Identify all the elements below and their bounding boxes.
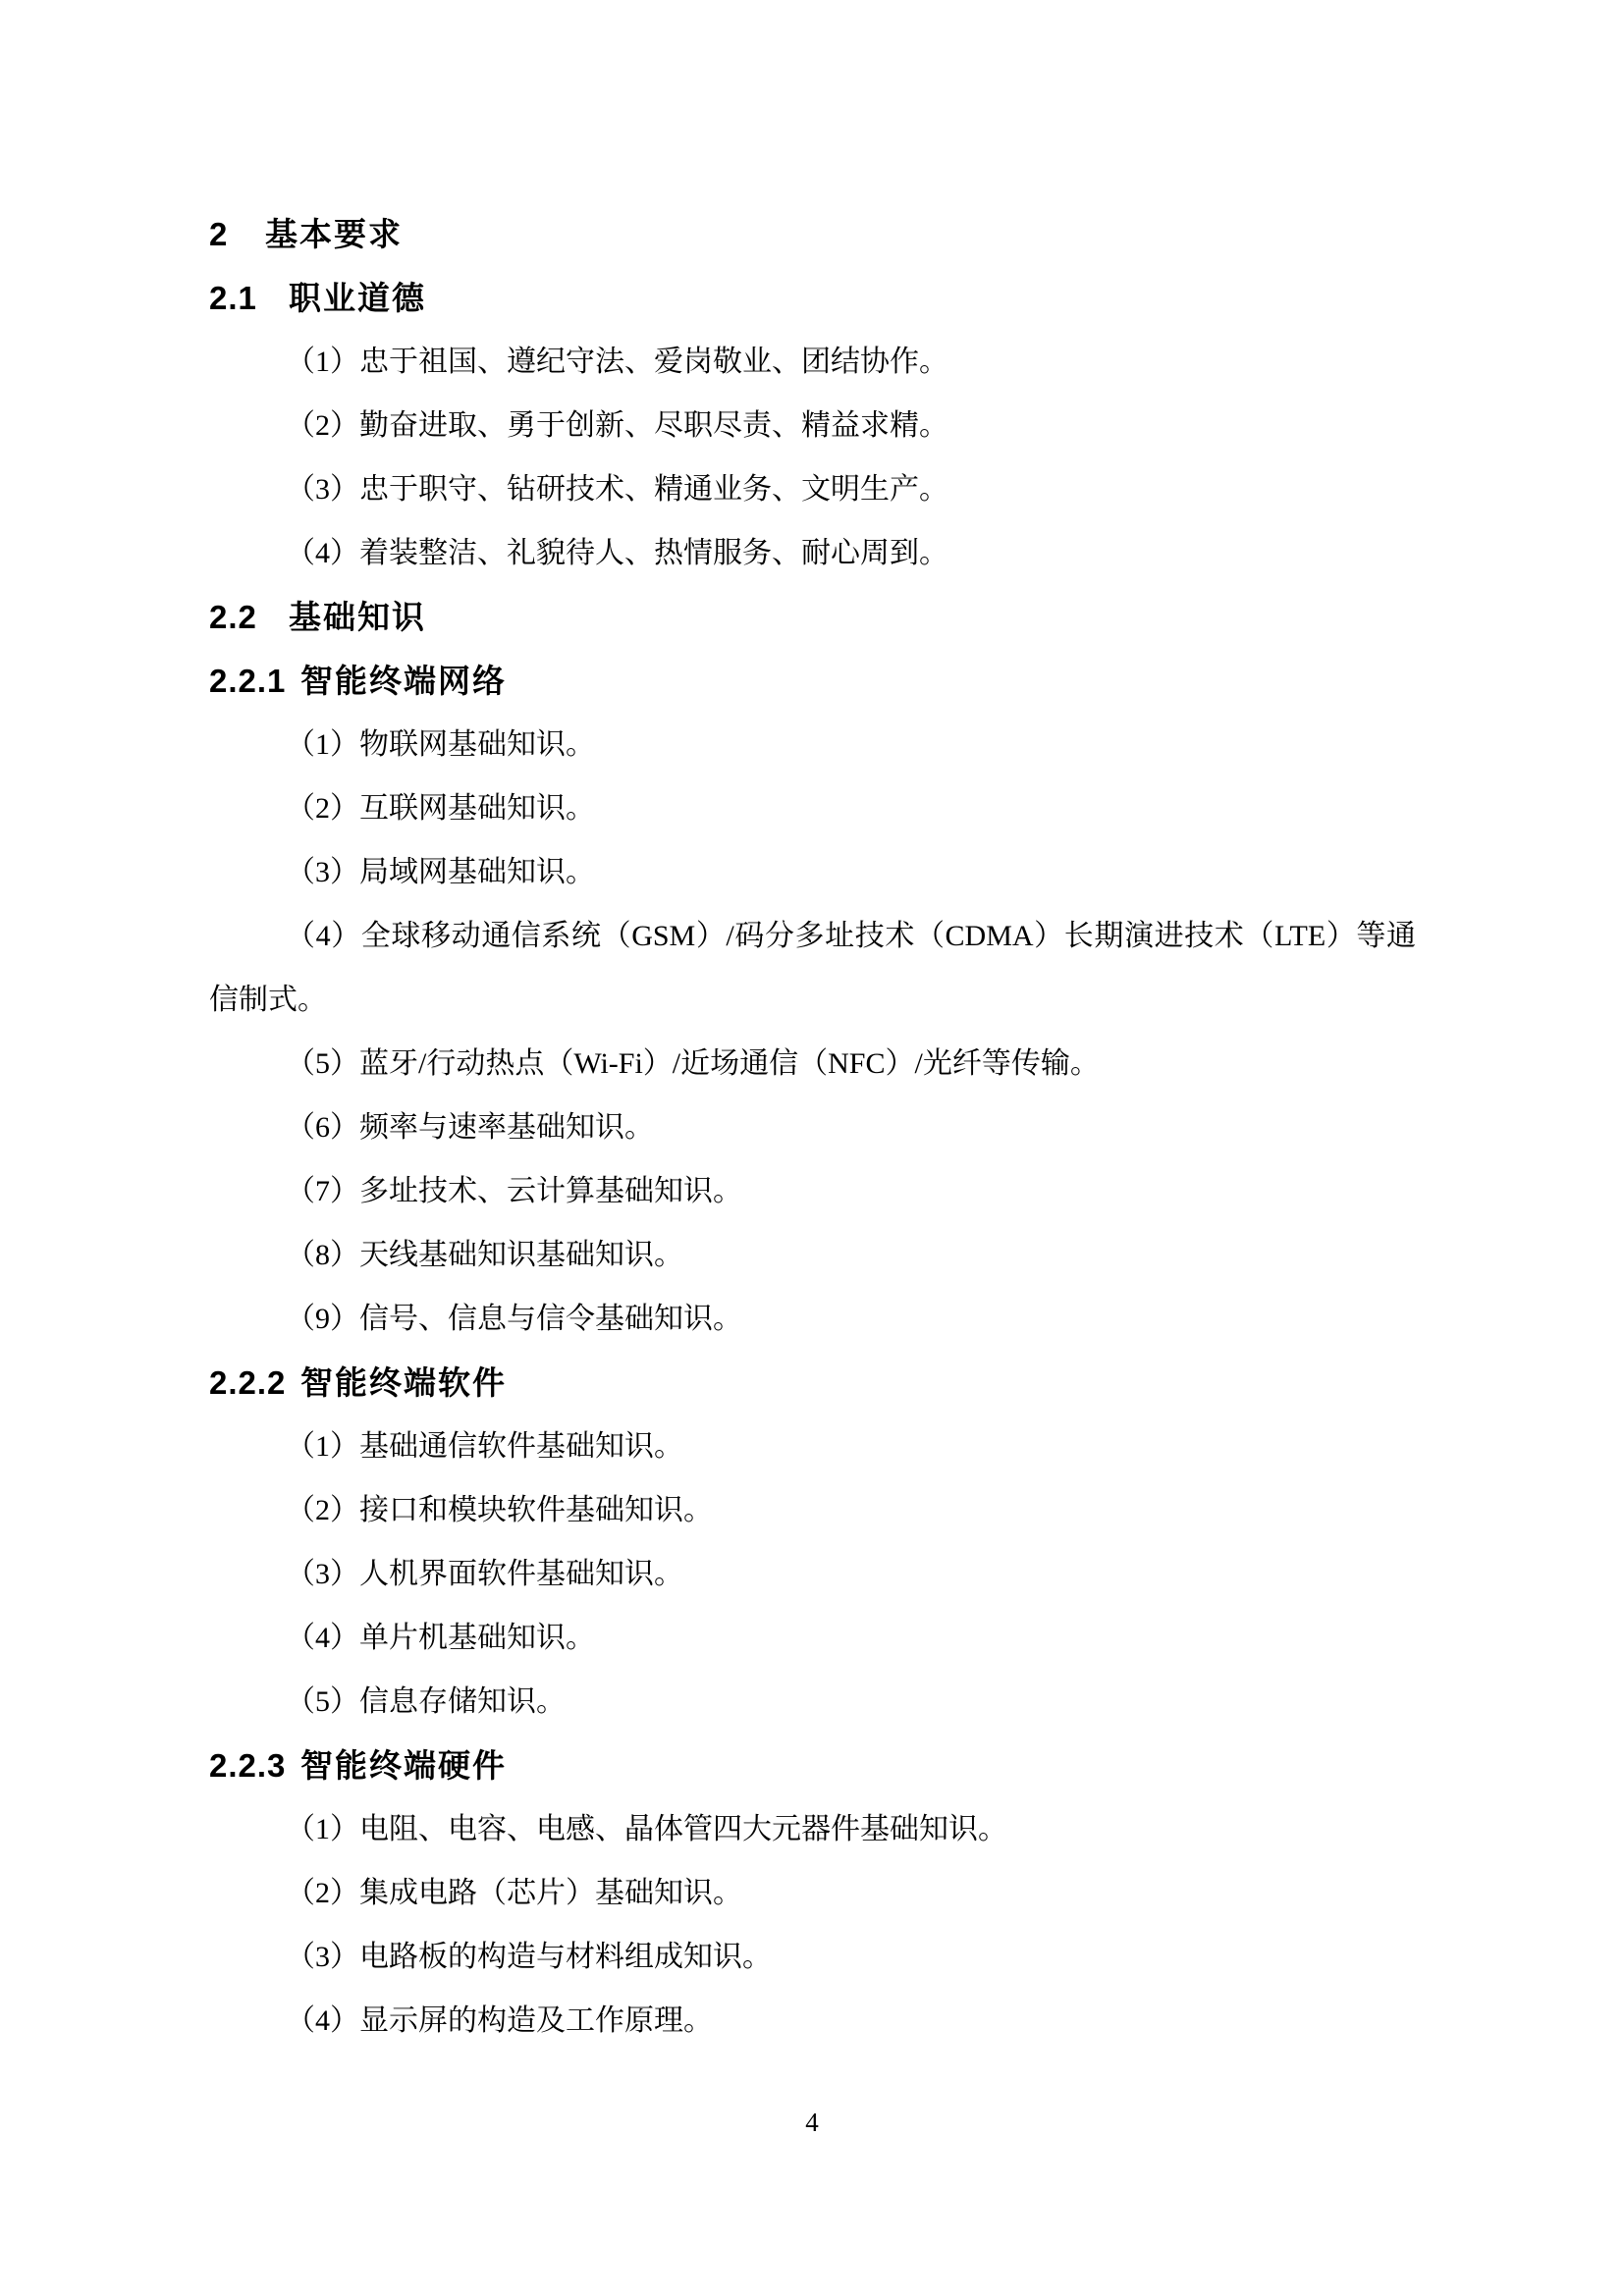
heading-title: 智能终端软件 <box>300 1364 507 1401</box>
heading-basic-knowledge: 2.2基础知识 <box>209 585 1416 649</box>
list-item: （8）天线基础知识基础知识。 <box>209 1223 1416 1287</box>
page-content: 2基本要求 2.1职业道德 （1）忠于祖国、遵纪守法、爱岗敬业、团结协作。 （2… <box>209 202 1416 2053</box>
list-item: （2）勤奋进取、勇于创新、尽职尽责、精益求精。 <box>209 394 1416 457</box>
list-item: （9）信号、信息与信令基础知识。 <box>209 1287 1416 1351</box>
heading-number: 2 <box>209 202 265 266</box>
list-item: （3）局域网基础知识。 <box>209 840 1416 904</box>
list-item: （5）蓝牙/行动热点（Wi-Fi）/近场通信（NFC）/光纤等传输。 <box>209 1032 1416 1095</box>
list-item: （3）人机界面软件基础知识。 <box>209 1542 1416 1606</box>
heading-number: 2.1 <box>209 266 289 330</box>
list-item: （2）集成电路（芯片）基础知识。 <box>209 1861 1416 1925</box>
list-item: （2）互联网基础知识。 <box>209 776 1416 840</box>
heading-smart-terminal-hardware: 2.2.3智能终端硬件 <box>209 1734 1416 1797</box>
list-item: （4）显示屏的构造及工作原理。 <box>209 1989 1416 2053</box>
list-item: （7）多址技术、云计算基础知识。 <box>209 1159 1416 1223</box>
list-item: （1）基础通信软件基础知识。 <box>209 1415 1416 1478</box>
list-item: （4）着装整洁、礼貌待人、热情服务、耐心周到。 <box>209 521 1416 585</box>
heading-number: 2.2.3 <box>209 1734 300 1797</box>
heading-title: 基本要求 <box>265 216 403 252</box>
heading-basic-requirements: 2基本要求 <box>209 202 1416 266</box>
heading-number: 2.2 <box>209 585 289 649</box>
list-item: （1）物联网基础知识。 <box>209 713 1416 776</box>
heading-title: 基础知识 <box>289 599 426 635</box>
heading-smart-terminal-software: 2.2.2智能终端软件 <box>209 1351 1416 1415</box>
heading-number: 2.2.2 <box>209 1351 300 1415</box>
list-item: （3）忠于职守、钻研技术、精通业务、文明生产。 <box>209 457 1416 521</box>
list-item: （2）接口和模块软件基础知识。 <box>209 1478 1416 1542</box>
list-item: （1）忠于祖国、遵纪守法、爱岗敬业、团结协作。 <box>209 330 1416 394</box>
heading-title: 职业道德 <box>289 280 426 316</box>
page-number: 4 <box>0 2107 1624 2138</box>
heading-professional-ethics: 2.1职业道德 <box>209 266 1416 330</box>
heading-smart-terminal-network: 2.2.1智能终端网络 <box>209 649 1416 713</box>
heading-number: 2.2.1 <box>209 649 300 713</box>
heading-title: 智能终端网络 <box>300 663 507 699</box>
list-item: （4）单片机基础知识。 <box>209 1606 1416 1670</box>
list-item: （1）电阻、电容、电感、晶体管四大元器件基础知识。 <box>209 1797 1416 1861</box>
list-item: （6）频率与速率基础知识。 <box>209 1095 1416 1159</box>
list-item: （4）全球移动通信系统（GSM）/码分多址技术（CDMA）长期演进技术（LTE）… <box>209 904 1416 1032</box>
list-item: （5）信息存储知识。 <box>209 1670 1416 1734</box>
heading-title: 智能终端硬件 <box>300 1747 507 1784</box>
document-page: 2基本要求 2.1职业道德 （1）忠于祖国、遵纪守法、爱岗敬业、团结协作。 （2… <box>0 0 1624 2296</box>
list-item: （3）电路板的构造与材料组成知识。 <box>209 1925 1416 1989</box>
